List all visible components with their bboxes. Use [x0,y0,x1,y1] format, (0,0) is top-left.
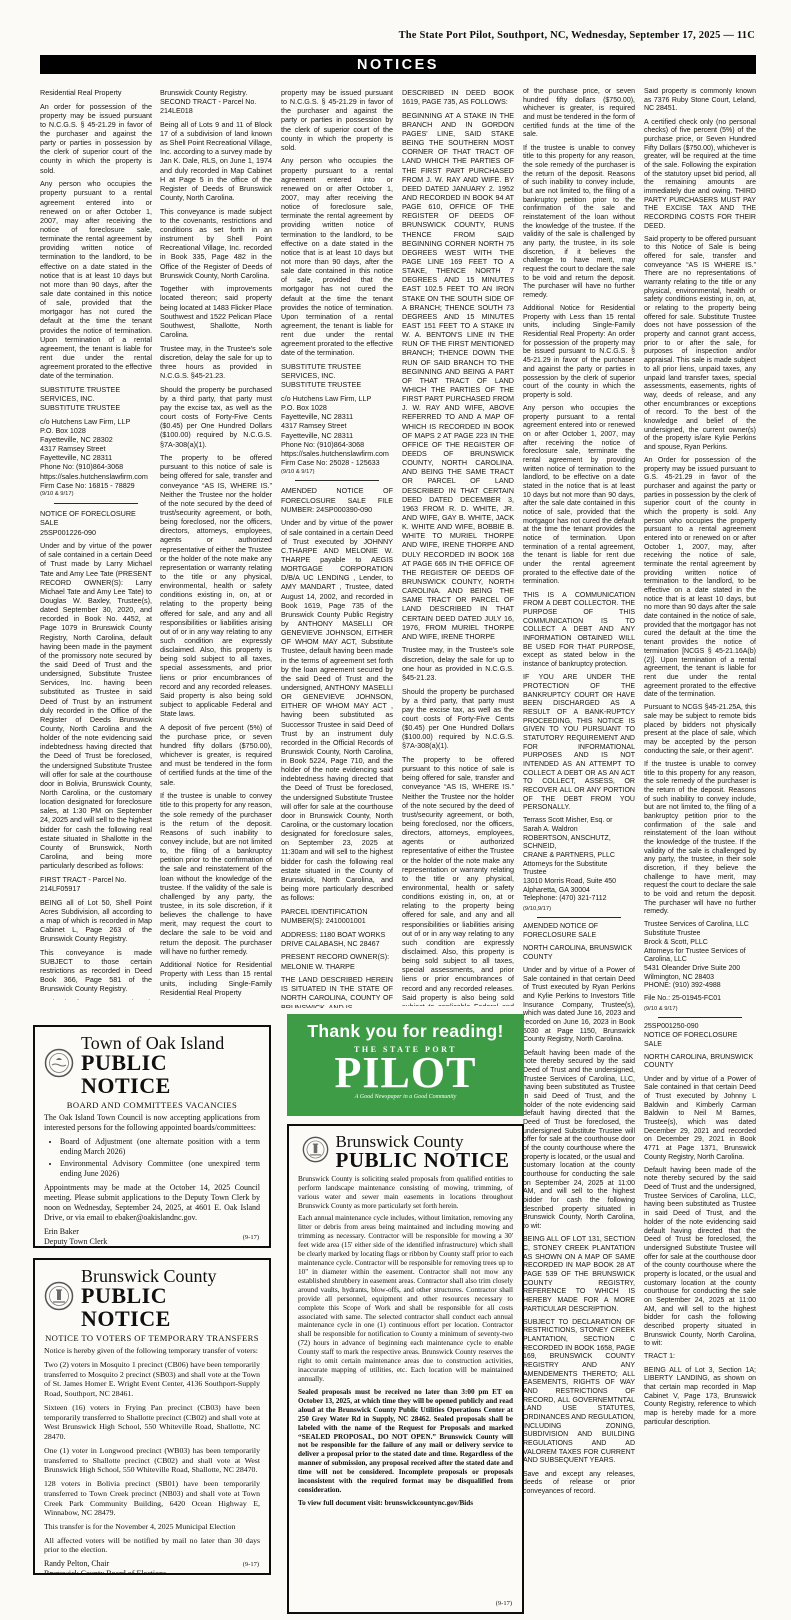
notice-heading: NOTICE TO VOTERS OF TEMPORARY TRANSFERS [44,1333,260,1343]
notice-paragraph: NORTH CAROLINA, BRUNSWICK COUNTY [644,1054,756,1071]
proposals-box-header: Brunswick County PUBLIC NOTICE [298,1133,513,1172]
notice-paragraph: THIS IS A COMMUNICATION FROM A DEBT COLL… [523,592,635,670]
notice-divider [658,1017,742,1018]
notice-paragraph: Any person who occupies the property pur… [40,179,152,380]
pilot-logo: PILOT [287,1054,524,1091]
notice-paragraph: Under and by virtue of the power of sale… [281,518,393,902]
notice-paragraph: FIRST TRACT - Parcel No. 214LF05917 [40,875,152,893]
notice-paragraph: For back reference see Deed Book 2624, P… [40,998,152,1000]
notice-paragraph: Each annual maintenance cycle includes, … [298,1214,513,1384]
run-dates: (9/10 & 9/17) [644,1006,756,1013]
notice-paragraph: SUBSTITUTE TRUSTEE SERVICES, INC.SUBSTIT… [281,362,393,389]
notice-type-title: PUBLIC NOTICE [336,1150,510,1171]
run-dates: (9/10 & 9/17) [40,491,152,498]
notice-paragraph: Trustee may, in the Trustee's sole discr… [160,344,272,381]
notice-paragraph: AMENDED NOTICE OF FORECLOSURE SALE [523,923,635,940]
notice-paragraph: Residential Real Property [40,88,152,97]
notice-paragraph: Trustee Services of Carolina, LLCSubstit… [644,921,756,990]
notice-paragraph: A certified check only (no personal chec… [644,119,756,232]
notice-paragraph: ADDRESS: 1180 BOAT WORKS DRIVE CALABASH,… [281,930,393,948]
list-item: Board of Adjustment (one alternate posit… [60,1137,260,1157]
notice-paragraph: Under and by virtue of the power of sale… [40,541,152,870]
notice-divider [295,480,379,481]
notice-paragraph: If the trustee is unable to convey title… [160,791,272,956]
notice-column-3: property may be issued pursuant to N.C.G… [281,88,393,1008]
notice-paragraph: Default having been made of the note the… [523,1050,635,1232]
notice-paragraph: The Oak Island Town Council is now accep… [44,1113,260,1133]
run-date-code: (9-17) [496,1600,512,1607]
notice-column-6: Said property is commonly known as 7376 … [644,88,756,1600]
notice-signature: Randy Pelton, Chair Brunswick County Boa… [44,1559,260,1575]
notice-paragraph: BEGINNING AT A STAKE IN THE BRANCH AND I… [402,111,514,641]
notice-paragraph: SUBJECT TO DECLARATION OF RESTRICTIONS, … [523,1319,635,1466]
notice-paragraph: IF YOU ARE UNDER THE PROTECTION OF THE B… [523,674,635,813]
notice-paragraph: Brunswick County Registry.SECOND TRACT -… [160,88,272,115]
notice-paragraph: Under and by virtue of a Power of Sale c… [523,967,635,1045]
notice-divider [537,917,621,918]
notice-paragraph: Notice is hereby given of the following … [44,1346,260,1356]
pilot-house-ad: Thank you for reading! THE STATE PORT PI… [287,1014,524,1116]
notices-banner: NOTICES [40,55,756,74]
notice-paragraph: BEING ALL OF LOT 131, SECTION C, STONEY … [523,1236,635,1314]
notice-paragraph: Additional Notice for Residential Proper… [160,960,272,997]
voters-transfer-public-notice-box: Brunswick County PUBLIC NOTICE NOTICE TO… [33,1258,271,1575]
list-item: Environmental Advisory Committee (one un… [60,1159,260,1179]
signature-name: Erin Baker [44,1227,260,1237]
notice-paragraph: Two (2) voters in Mosquito 1 precinct (C… [44,1360,260,1399]
notice-paragraph: Sealed proposals must be received no lat… [298,1388,513,1495]
notice-paragraph: c/o Hutchens Law Firm, LLPP.O. Box 1028F… [281,394,393,467]
notice-paragraph: Pursuant to NCGS §45-21.25A, this sale m… [644,704,756,756]
notice-paragraph: File No.: 25-01945-FC01 [644,995,756,1004]
notice-heading: BOARD AND COMMITTEES VACANCIES [44,1100,260,1110]
notice-paragraph: NOTICE OF FORECLOSURE SALE25SP001226-090 [40,509,152,536]
notice-paragraph: Any person who occupies the property pur… [281,156,393,357]
signature-name: Randy Pelton, Chair [44,1559,260,1569]
notice-paragraph: Under and by virtue of a Power of Sale c… [644,1076,756,1163]
signature-title: Deputy Town Clerk [44,1237,260,1247]
oak-island-box-header: Town of Oak Island PUBLIC NOTICE [44,1034,260,1097]
oak-island-public-notice-box: Town of Oak Island PUBLIC NOTICE BOARD A… [33,1025,271,1248]
notice-paragraph: Together with improvements located there… [160,284,272,339]
notice-column-2: Brunswick County Registry.SECOND TRACT -… [160,88,272,1000]
notice-paragraph: This transfer is for the November 4, 202… [44,1522,260,1532]
notice-paragraph: THE LAND DESCRIBED HEREIN IS SITUATED IN… [281,975,393,1008]
notice-paragraph: Additional Notice for Residential Proper… [523,305,635,400]
notice-column-5: of the purchase price, or seven hundred … [523,88,635,1583]
voters-box-header: Brunswick County PUBLIC NOTICE [44,1267,260,1330]
notice-paragraph: The property to be offered pursuant to t… [160,453,272,718]
notice-paragraph: To view full document visit: brunswickco… [298,1499,513,1508]
notice-column-4: DESCRIBED IN DEED BOOK 1619, PAGE 735, A… [402,88,514,1006]
notice-body: The Oak Island Town Council is now accep… [44,1113,260,1223]
notice-paragraph: An Order for possession of the property … [644,457,756,700]
notice-paragraph: All affected voters will be notified by … [44,1536,260,1555]
notice-paragraph: AMENDED NOTICE OF FORECLOSURE SALE FILE … [281,486,393,513]
notice-paragraph: An order for possession of the property … [40,102,152,175]
notice-paragraph: Appointments may be made at the October … [44,1183,260,1223]
notice-paragraph: This conveyance is made SUBJECT to those… [40,948,152,994]
notice-type-title: PUBLIC NOTICE [81,1285,260,1330]
page-masthead: The State Port Pilot, Southport, NC, Wed… [399,30,755,41]
notice-paragraph: Being all of Lots 9 and 11 of Block 17 o… [160,120,272,202]
notice-paragraph: Said property to be offered pursuant to … [644,236,756,453]
county-seal-icon [302,1136,329,1168]
notice-paragraph: If the trustee is unable to convey title… [523,145,635,301]
sealed-proposals-public-notice-box: Brunswick County PUBLIC NOTICE Brunswick… [287,1124,524,1614]
notice-paragraph: TRACT 1: [644,1353,756,1362]
notice-paragraph: Sixteen (16) voters in Frying Pan precin… [44,1403,260,1442]
notice-paragraph: Any person who occupies the property pur… [523,405,635,587]
vacancy-list: Board of Adjustment (one alternate posit… [60,1137,260,1179]
notice-paragraph: BEING ALL of Lot 3, Section 1A; LIBERTY … [644,1367,756,1428]
notice-paragraph: A deposit of five percent (5%) of the pu… [160,723,272,787]
notice-paragraph: Default having been made of the note the… [644,1167,756,1349]
notice-paragraph: DESCRIBED IN DEED BOOK 1619, PAGE 735, A… [402,88,514,106]
notice-paragraph: NORTH CAROLINA, BRUNSWICK COUNTY [523,945,635,962]
notice-paragraph: Save and except any releases, deeds of r… [523,1471,635,1497]
notice-column-1: Residential Real PropertyAn order for po… [40,88,152,1000]
notice-paragraph: 128 voters in Bolivia precinct (SB01) ha… [44,1479,260,1518]
notice-signature: Erin Baker Deputy Town Clerk [44,1227,260,1247]
notice-divider [54,503,138,504]
notice-paragraph: If the trustee is unable to convey title… [644,761,756,917]
notice-type-title: PUBLIC NOTICE [81,1052,260,1097]
notice-paragraph: Brunswick County is soliciting sealed pr… [298,1175,513,1211]
notice-paragraph: Should the property be purchased by a th… [160,385,272,449]
notice-paragraph: of the purchase price, or seven hundred … [523,88,635,140]
town-seal-icon [44,1048,74,1083]
notice-body: Notice is hereby given of the following … [44,1346,260,1555]
ad-headline: Thank you for reading! [287,1021,524,1042]
notice-paragraph: One (1) voter in Longwood precinct (WB03… [44,1446,260,1475]
notice-paragraph: This conveyance is made subject to the c… [160,207,272,280]
run-date-code: (9-17) [243,1234,259,1241]
notice-paragraph: Trustee may, in the Trustee's sole discr… [402,645,514,682]
pilot-tagline: A Good Newspaper in a Good Community [287,1094,524,1100]
notice-paragraph: BEING all of Lot 50, Shell Point Acres S… [40,898,152,944]
notice-paragraph: PARCEL IDENTIFICATION NUMBER(S): 2410001… [281,907,393,925]
county-seal-icon [44,1281,74,1316]
signature-title: Brunswick County Board of Elections [44,1569,260,1575]
notice-body: Brunswick County is soliciting sealed pr… [298,1175,513,1508]
run-date-code: (9-17) [243,1561,259,1568]
notice-paragraph: SUBSTITUTE TRUSTEE SERVICES, INC.SUBSTIT… [40,385,152,412]
notice-paragraph: Terrass Scott Misher, Esq. orSarah A. Wa… [523,817,635,904]
notice-paragraph: property may be issued pursuant to N.C.G… [281,88,393,152]
notice-paragraph: PRESENT RECORD OWNER(S): MELONIE W. THAR… [281,952,393,970]
run-dates: (9/10 & 9/17) [281,469,393,476]
run-dates: (9/10,9/17) [523,906,635,913]
notice-paragraph: Said property is commonly known as 7376 … [644,88,756,114]
notice-paragraph: The property to be offered pursuant to t… [402,755,514,1006]
notice-paragraph: c/o Hutchens Law Firm, LLPP.O. Box 1028F… [40,417,152,490]
notice-paragraph: 25SP001250-090NOTICE OF FORECLOSURE SALE [644,1023,756,1049]
notice-paragraph: Should the property be purchased by a th… [402,687,514,751]
